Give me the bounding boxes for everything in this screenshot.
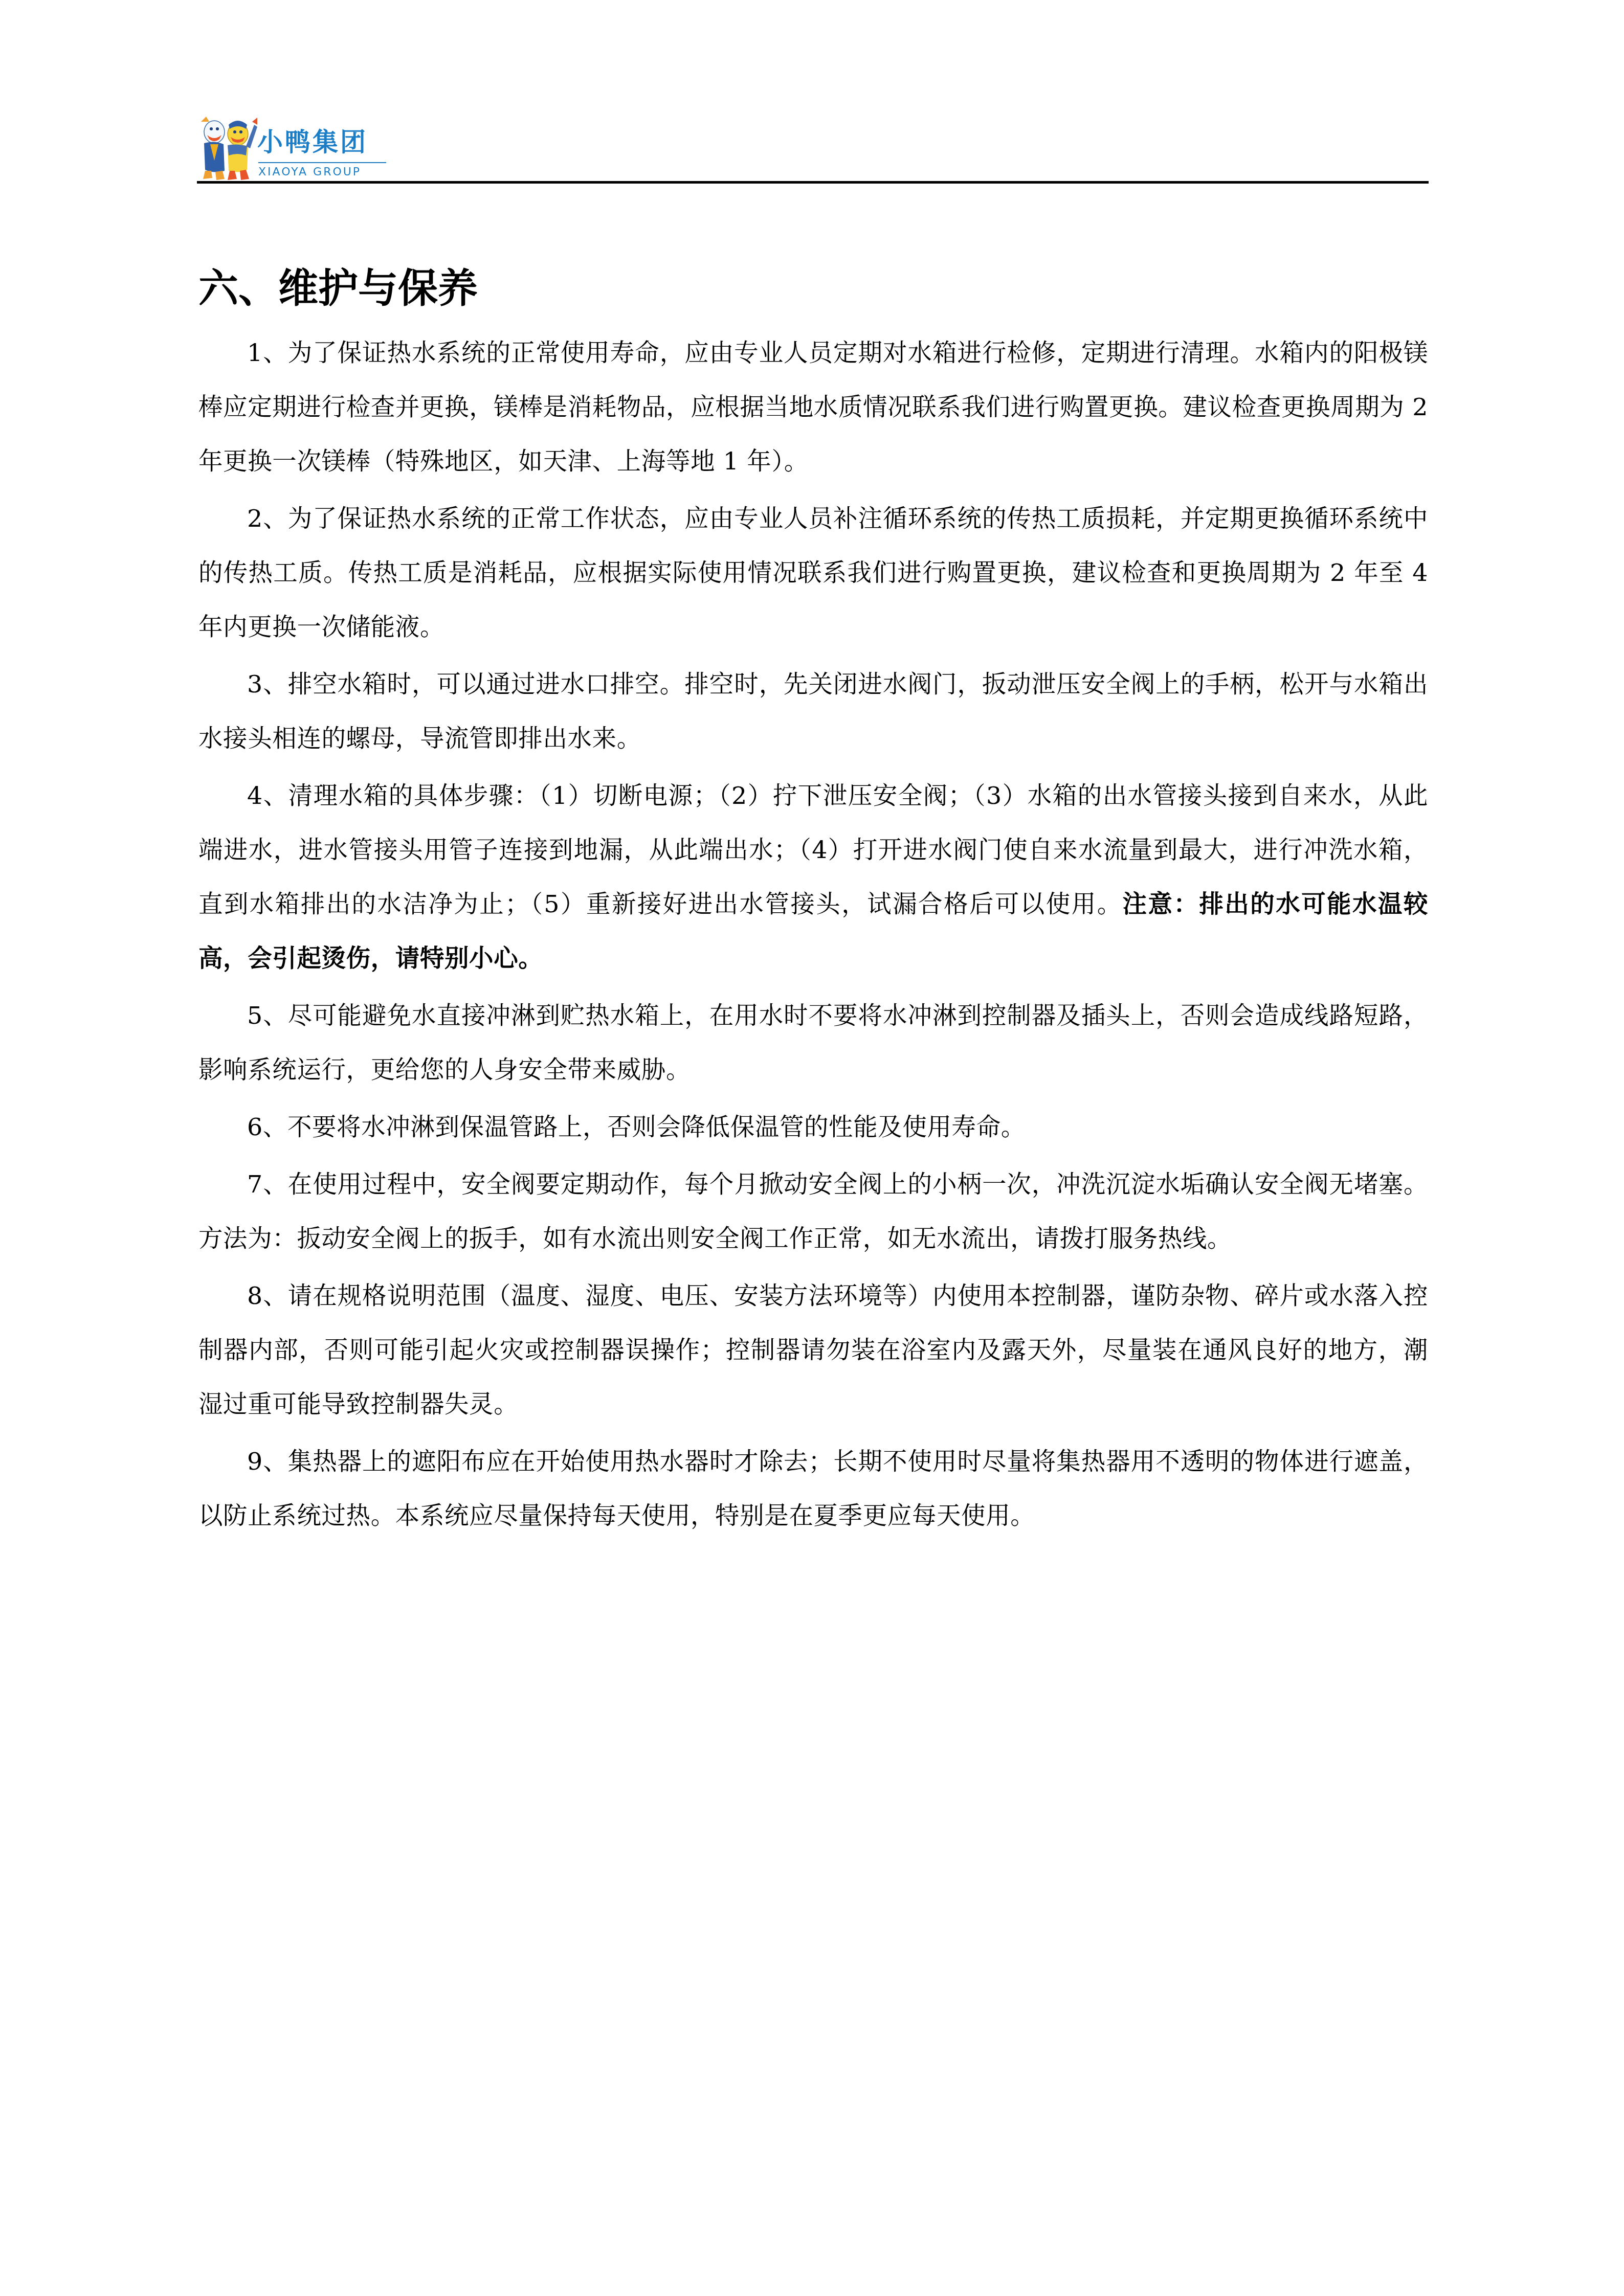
paragraph-3: 3、排空水箱时，可以通过进水口排空。排空时，先关闭进水阀门，扳动泄压安全阀上的手… [198, 658, 1428, 766]
paragraph-text: 6、不要将水冲淋到保温管路上，否则会降低保温管的性能及使用寿命。 [247, 1113, 1026, 1141]
brand-underline [258, 162, 386, 163]
paragraph-8: 8、请在规格说明范围（温度、湿度、电压、安装方法环境等）内使用本控制器，谨防杂物… [198, 1269, 1428, 1432]
paragraph-text: 1、为了保证热水系统的正常使用寿命，应由专业人员定期对水箱进行检修，定期进行清理… [198, 339, 1428, 476]
paragraph-text: 9、集热器上的遮阳布应在开始使用热水器时才除去；长期不使用时尽量将集热器用不透明… [198, 1448, 1428, 1530]
paragraph-1: 1、为了保证热水系统的正常使用寿命，应由专业人员定期对水箱进行检修，定期进行清理… [198, 326, 1428, 489]
brand-name-cn: 小鸭集团 [257, 127, 368, 157]
page-header: 小鸭集团 XIAOYA GROUP [197, 111, 1429, 184]
paragraph-7: 7、在使用过程中，安全阀要定期动作，每个月掀动安全阀上的小柄一次，冲洗沉淀水垢确… [198, 1158, 1428, 1266]
paragraph-4: 4、清理水箱的具体步骤：（1）切断电源；（2）拧下泄压安全阀；（3）水箱的出水管… [198, 769, 1428, 986]
paragraph-text: 5、尽可能避免水直接冲淋到贮热水箱上，在用水时不要将水冲淋到控制器及插头上，否则… [198, 1002, 1428, 1084]
paragraph-2: 2、为了保证热水系统的正常工作状态，应由专业人员补注循环系统的传热工质损耗，并定… [198, 492, 1428, 655]
section-title: 六、维护与保养 [198, 261, 1428, 317]
paragraph-5: 5、尽可能避免水直接冲淋到贮热水箱上，在用水时不要将水冲淋到控制器及插头上，否则… [198, 989, 1428, 1097]
paragraph-text: 3、排空水箱时，可以通过进水口排空。排空时，先关闭进水阀门，扳动泄压安全阀上的手… [198, 670, 1428, 753]
paragraph-9: 9、集热器上的遮阳布应在开始使用热水器时才除去；长期不使用时尽量将集热器用不透明… [198, 1435, 1428, 1543]
brand-name-en: XIAOYA GROUP [258, 166, 361, 179]
paragraph-text: 8、请在规格说明范围（温度、湿度、电压、安装方法环境等）内使用本控制器，谨防杂物… [198, 1282, 1428, 1419]
paragraph-6: 6、不要将水冲淋到保温管路上，否则会降低保温管的性能及使用寿命。 [198, 1100, 1428, 1155]
duck-mascot-icon [197, 115, 257, 182]
paragraph-text: 2、为了保证热水系统的正常工作状态，应由专业人员补注循环系统的传热工质损耗，并定… [198, 505, 1428, 641]
header-divider [197, 181, 1429, 184]
document-body: 六、维护与保养 1、为了保证热水系统的正常使用寿命，应由专业人员定期对水箱进行检… [198, 261, 1428, 1546]
paragraph-text: 7、在使用过程中，安全阀要定期动作，每个月掀动安全阀上的小柄一次，冲洗沉淀水垢确… [198, 1170, 1428, 1253]
